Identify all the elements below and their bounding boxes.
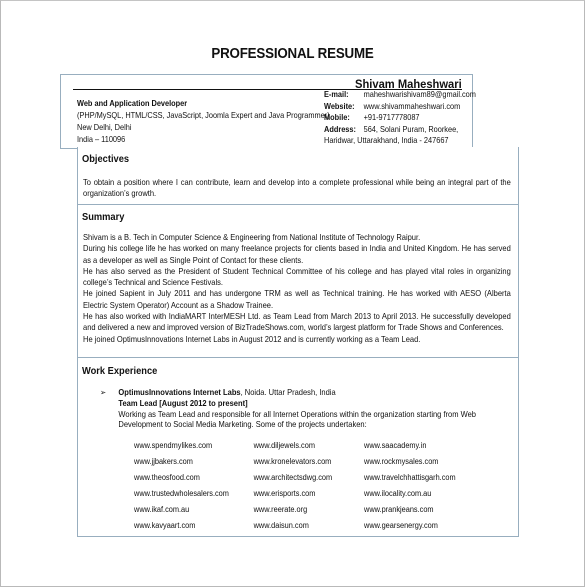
contact-mobile: Mobile: +91-9717778087 (324, 112, 476, 124)
summary-heading: Summary (82, 212, 124, 223)
project-link[interactable]: www.travelchhattisgarh.com (364, 470, 456, 486)
arrow-bullet-icon: ➢ (100, 388, 106, 399)
document-title: PROFESSIONAL RESUME (23, 46, 561, 62)
job-title: Team Lead [August 2012 to present] (118, 399, 514, 410)
project-link[interactable]: www.spendmylikes.com (134, 438, 229, 454)
summary-paragraph: He has also served as the President of S… (83, 266, 511, 289)
company-location: , Noida. Uttar Pradesh, India (241, 388, 336, 397)
project-link[interactable]: www.trustedwholesalers.com (134, 486, 229, 502)
job-role: Web and Application Developer (77, 98, 330, 110)
job-description: Working as Team Lead and responsible for… (118, 410, 514, 432)
website-value[interactable]: www.shivammaheshwari.com (364, 101, 461, 113)
summary-paragraph: Shivam is a B. Tech in Computer Science … (83, 232, 511, 243)
summary-paragraph: During his college life he has worked on… (83, 243, 511, 266)
mobile-value: +91-9717778087 (364, 112, 420, 124)
job-entry: ➢ OptimusInnovations Internet Labs, Noid… (100, 388, 514, 431)
project-link[interactable]: www.erisports.com (254, 486, 333, 502)
contact-website: Website: www.shivammaheshwari.com (324, 101, 476, 113)
project-link[interactable]: www.gearsenergy.com (364, 518, 456, 534)
content-box: Objectives To obtain a position where I … (77, 147, 519, 537)
project-link[interactable]: www.ikaf.com.au (134, 502, 229, 518)
projects-column-3: www.saacademy.in www.rockmysales.com www… (364, 438, 456, 534)
work-experience-section: Work Experience ➢ OptimusInnovations Int… (78, 357, 518, 536)
contact-info: E-mail: maheshwarishivam89@gmail.com Web… (324, 89, 476, 147)
projects-column-2: www.diljewels.com www.kronelevators.com … (254, 438, 333, 534)
address-value: 564, Solani Puram, Roorkee, (364, 124, 459, 136)
summary-paragraph: He joined Sapient in July 2011 and has u… (83, 288, 511, 311)
project-link[interactable]: www.kronelevators.com (254, 454, 333, 470)
objectives-heading: Objectives (82, 154, 129, 165)
profile-info: Web and Application Developer (PHP/MySQL… (77, 98, 330, 146)
header-box: Shivam Maheshwari Web and Application De… (60, 74, 473, 149)
project-link[interactable]: www.architectsdwg.com (254, 470, 333, 486)
project-link[interactable]: www.rockmysales.com (364, 454, 456, 470)
project-link[interactable]: www.kavyaart.com (134, 518, 229, 534)
objectives-section: Objectives To obtain a position where I … (78, 147, 518, 203)
email-value[interactable]: maheshwarishivam89@gmail.com (364, 89, 476, 101)
project-link[interactable]: www.jjbakers.com (134, 454, 229, 470)
project-link[interactable]: www.ilocality.com.au (364, 486, 456, 502)
skills: (PHP/MySQL, HTML/CSS, JavaScript, Joomla… (77, 110, 330, 122)
city: New Delhi, Delhi (77, 122, 330, 134)
objectives-text: To obtain a position where I can contrib… (83, 177, 511, 200)
project-link[interactable]: www.theosfood.com (134, 470, 229, 486)
project-link[interactable]: www.diljewels.com (254, 438, 333, 454)
summary-text: Shivam is a B. Tech in Computer Science … (83, 232, 511, 345)
contact-address: Address: 564, Solani Puram, Roorkee, (324, 124, 476, 136)
project-link[interactable]: www.reerate.org (254, 502, 333, 518)
project-link[interactable]: www.saacademy.in (364, 438, 456, 454)
work-experience-heading: Work Experience (82, 366, 157, 377)
country-pin: India – 110096 (77, 134, 330, 146)
project-link[interactable]: www.prankjeans.com (364, 502, 456, 518)
summary-paragraph: He joined OptimusInnovations Internet La… (83, 334, 511, 345)
contact-email: E-mail: maheshwarishivam89@gmail.com (324, 89, 476, 101)
summary-section: Summary Shivam is a B. Tech in Computer … (78, 204, 518, 357)
company-name: OptimusInnovations Internet Labs (118, 388, 240, 397)
summary-paragraph: He has also worked with IndiaMART InterM… (83, 311, 511, 334)
project-link[interactable]: www.daisun.com (254, 518, 333, 534)
projects-column-1: www.spendmylikes.com www.jjbakers.com ww… (134, 438, 229, 534)
address-line-2: Haridwar, Uttarakhand, India - 247667 (324, 135, 476, 147)
